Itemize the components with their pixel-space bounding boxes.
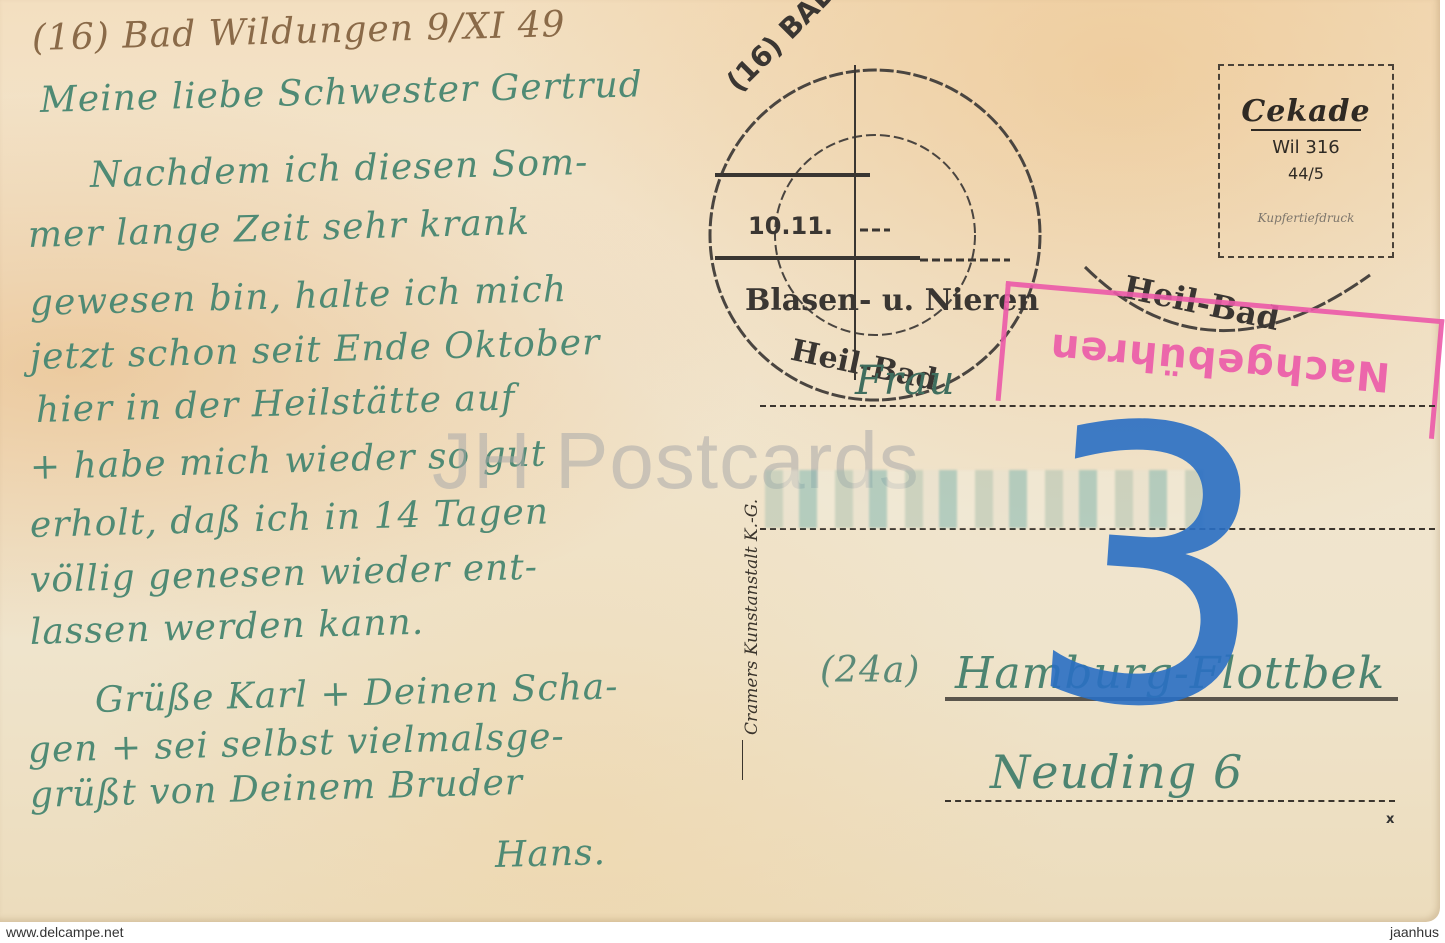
publisher-imprint: Cramers Kunstanstalt K.-G. [742, 499, 762, 735]
stamp-box-code: Wil 316 [1220, 137, 1392, 158]
brand-underline [1251, 129, 1361, 131]
footer-bar: www.delcampe.net jaanhus [0, 922, 1445, 943]
message-line: Grüße Karl + Deinen Scha- [94, 666, 618, 721]
message-line: grüßt von Deinem Bruder [29, 762, 523, 816]
address-postal-zone: (24a) [820, 650, 920, 691]
message-line: völlig genesen wieder ent- [29, 547, 538, 601]
stamp-box-note: Kupfertiefdruck [1220, 211, 1392, 225]
footer-seller: jaanhus [1390, 924, 1439, 940]
stamp-box: Cekade Wil 316 44/5 Kupfertiefdruck [1218, 64, 1394, 258]
address-line [945, 800, 1395, 802]
message-line: lassen werden kann. [29, 602, 424, 653]
footer-source: www.delcampe.net [6, 924, 124, 940]
message-line: jetzt schon seit Ende Oktober [29, 322, 600, 378]
stamp-box-brand: Cekade [1220, 94, 1392, 129]
divider-line [742, 740, 743, 780]
message-line: Meine liebe Schwester Gertrud [39, 64, 643, 121]
postmark-slogan-line1: Blasen- u. Nieren [745, 283, 1039, 318]
message-line: Nachdem ich diesen Som- [89, 142, 588, 196]
postmark-date: 10.11. [748, 212, 833, 240]
postcard-back: (16) Bad Wildungen 9/XI 49 Meine liebe S… [0, 0, 1440, 922]
address-salutation: Frau [855, 358, 955, 404]
message-signature: Hans. [494, 832, 606, 876]
message-line: mer lange Zeit sehr krank [27, 202, 530, 256]
message-line: gewesen bin, halte ich mich [29, 269, 567, 324]
corner-mark: x [1386, 812, 1394, 827]
stamp-box-number: 44/5 [1220, 164, 1392, 183]
message-dateline: (16) Bad Wildungen 9/XI 49 [31, 4, 566, 59]
postage-due-mark: 3 [1017, 372, 1285, 768]
